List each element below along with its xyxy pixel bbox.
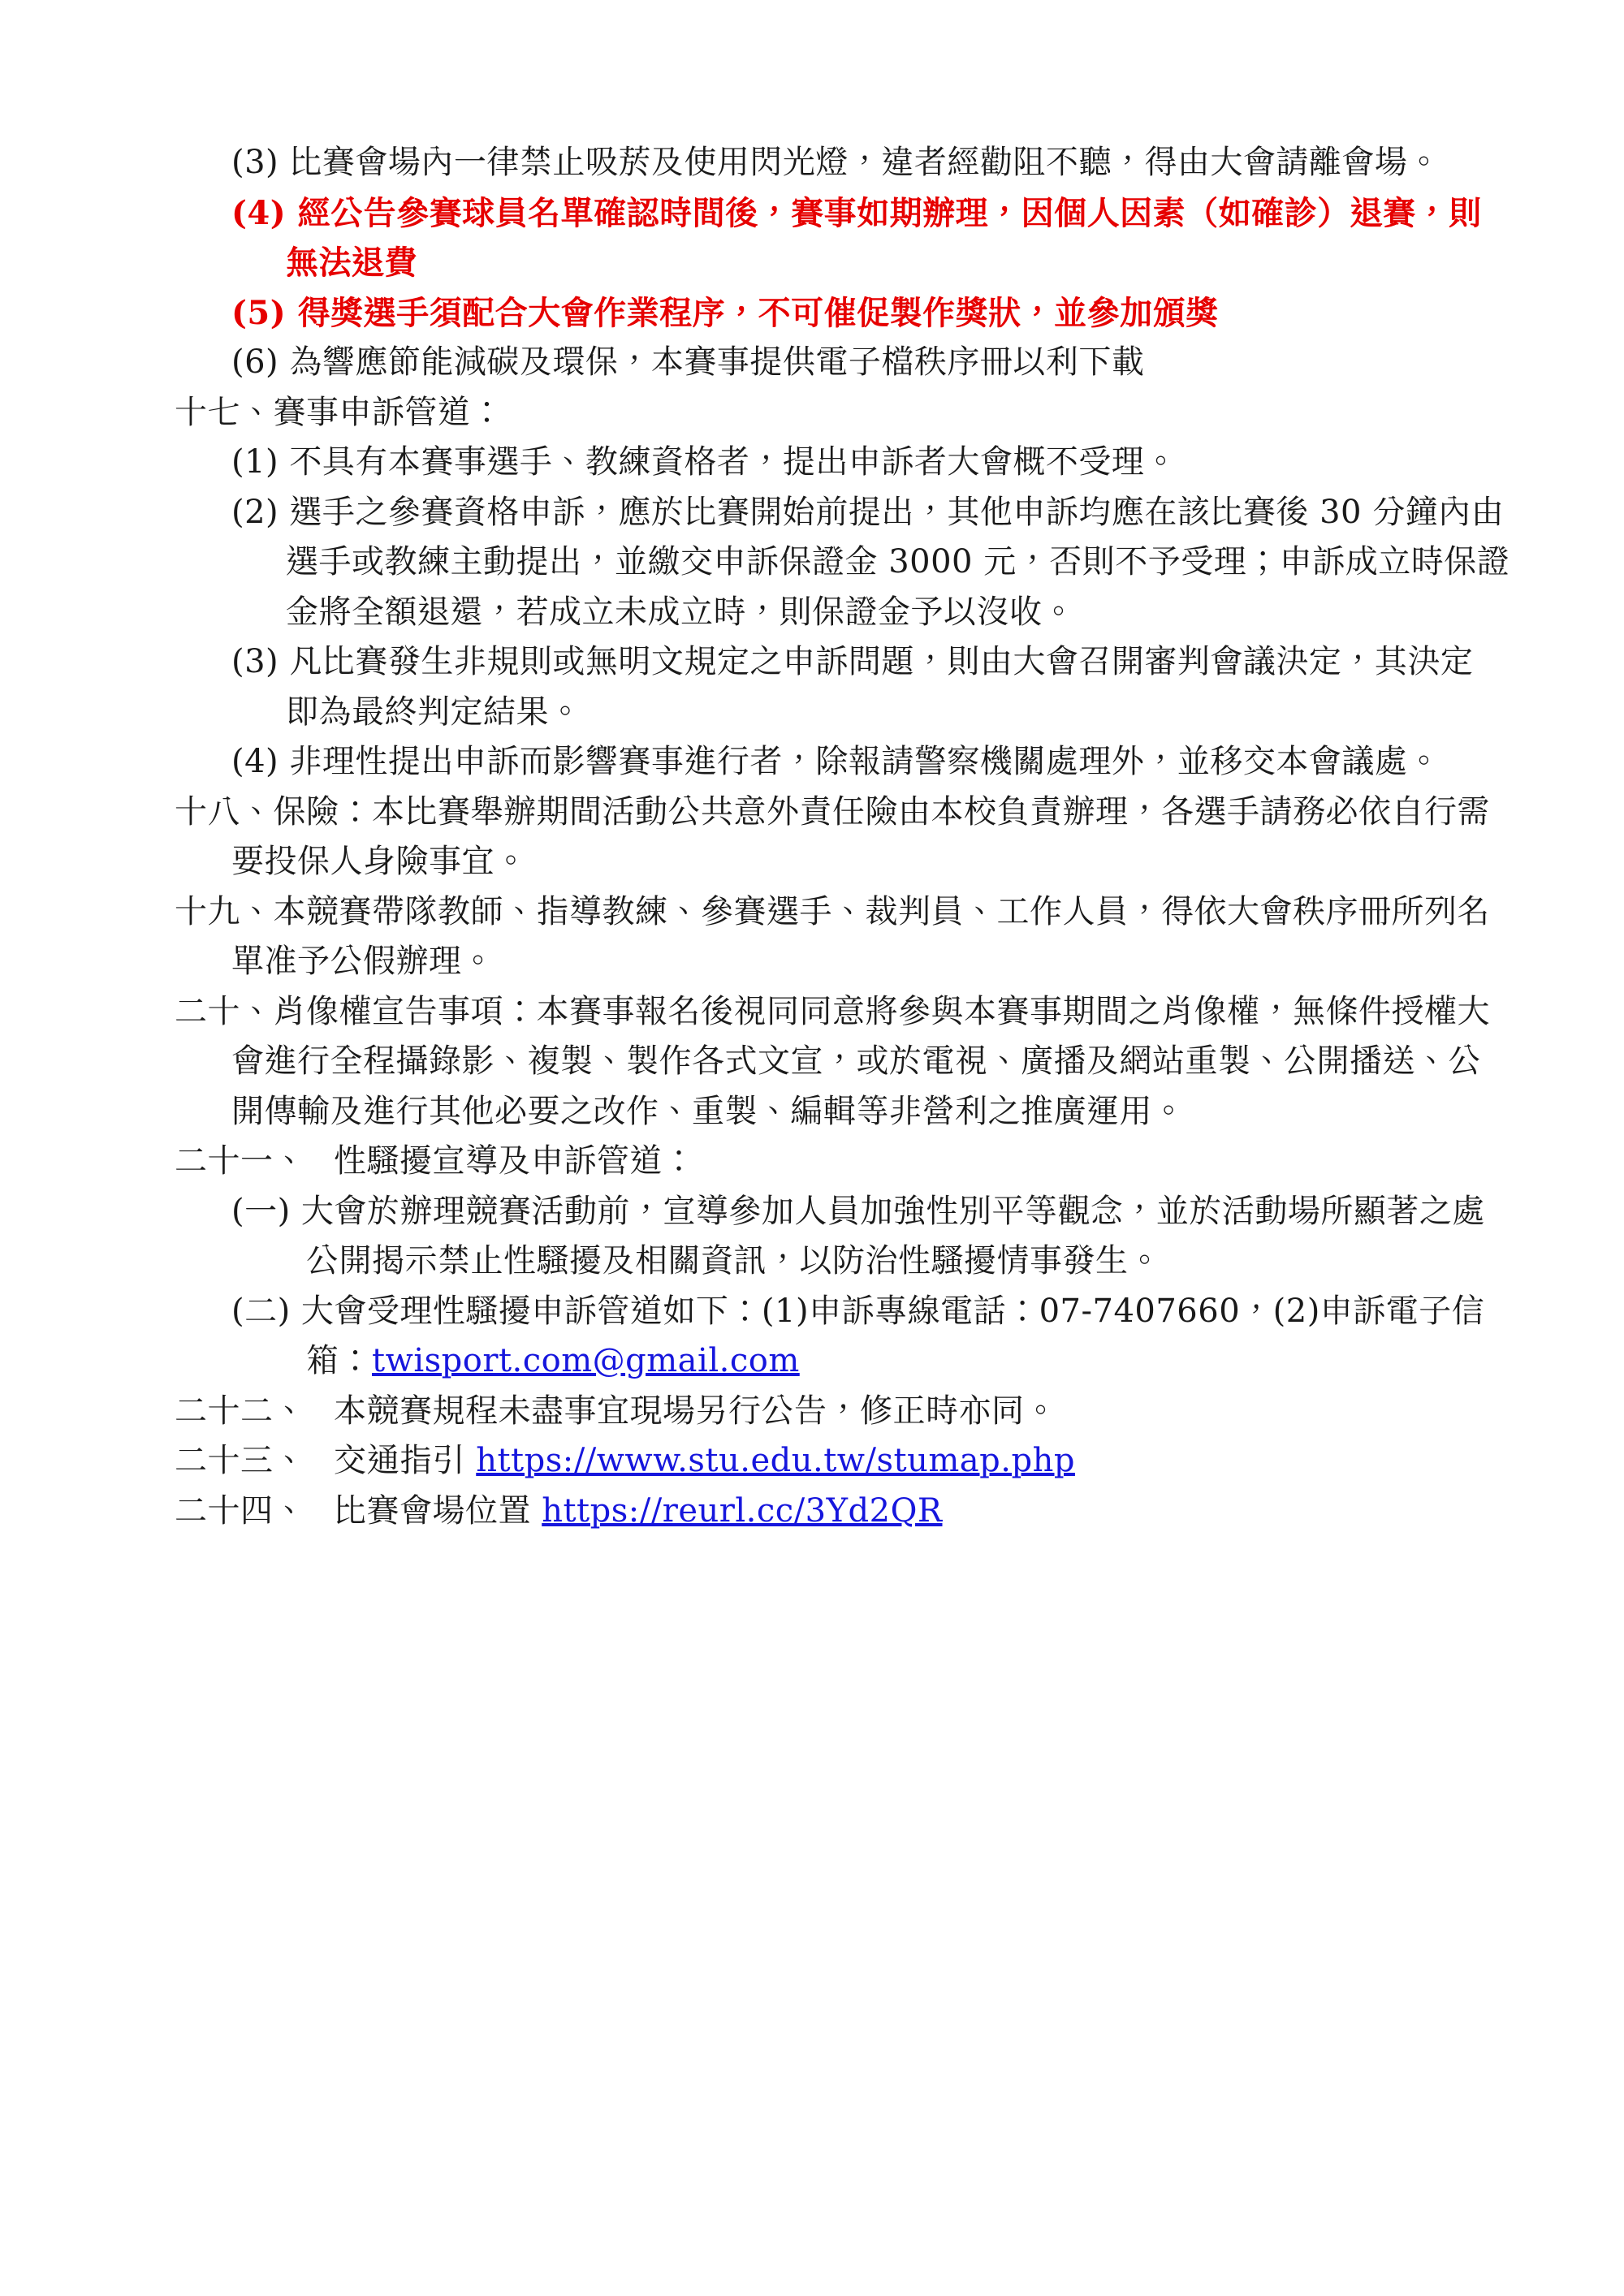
document-line: (3) 凡比賽發生非規則或無明文規定之申訴問題，則由大會召開審判會議決定，其決定 [0,637,1624,688]
document-line: 即為最終判定結果。 [0,688,1624,738]
document-line: (4) 非理性提出申訴而影響賽事進行者，除報請警察機關處理外，並移交本會議處。 [0,737,1624,788]
text-segment: 金將全額退還，若成立未成立時，則保證金予以沒收。 [286,593,1075,631]
document-line: 十七、賽事申訴管道： [0,388,1624,438]
document-line: 二十一、性騷擾宣導及申訴管道： [0,1137,1624,1187]
document-line: (6) 為響應節能減碳及環保，本賽事提供電子檔秩序冊以利下載 [0,338,1624,388]
text-segment: 公開揭示禁止性騷擾及相關資訊，以防治性騷擾情事發生。 [306,1242,1161,1280]
document-line: 會進行全程攝錄影、複製、製作各式文宣，或於電視、廣播及網站重製、公開播送、公 [0,1037,1624,1087]
document-line: 金將全額退還，若成立未成立時，則保證金予以沒收。 [0,588,1624,638]
document-line: 十九、本競賽帶隊教師、指導教練、參賽選手、裁判員、工作人員，得依大會秩序冊所列名 [0,887,1624,938]
text-segment: (一) 大會於辦理競賽活動前，宣導參加人員加強性別平等觀念，並於活動場所顯著之處 [231,1193,1485,1230]
text-segment: 十八、保險：本比賽舉辦期間活動公共意外責任險由本校負責辦理，各選手請務必依自行需 [175,793,1490,831]
text-segment: 選手或教練主動提出，並繳交申訴保證金 3000 元，否則不予受理；申訴成立時保證 [286,543,1510,580]
text-segment: (3) 比賽會場內一律禁止吸菸及使用閃光燈，違者經勸阻不聽，得由大會請離會場。 [231,144,1440,181]
text-segment: 二十二、 [175,1392,306,1430]
document-line: 箱：twisport.com@gmail.com [0,1336,1624,1387]
document-line: 無法退費 [0,238,1624,288]
text-segment: (6) 為響應節能減碳及環保，本賽事提供電子檔秩序冊以利下載 [231,343,1144,381]
label-gap [306,1470,334,1471]
document-line: (一) 大會於辦理競賽活動前，宣導參加人員加強性別平等觀念，並於活動場所顯著之處 [0,1187,1624,1237]
text-segment: (4) 經公告參賽球員名單確認時間後，賽事如期辦理，因個人因素（如確診）退賽，則 [231,194,1482,232]
text-segment: (1) 不具有本賽事選手、教練資格者，提出申訴者大會概不受理。 [231,443,1177,481]
text-segment: 即為最終判定結果。 [286,693,582,731]
text-segment: 無法退費 [286,244,417,282]
document-line: 二十三、交通指引 https://www.stu.edu.tw/stumap.p… [0,1436,1624,1487]
text-segment: 單准予公假辦理。 [231,943,495,980]
document-line: (3) 比賽會場內一律禁止吸菸及使用閃光燈，違者經勸阻不聽，得由大會請離會場。 [0,138,1624,188]
text-segment: 二十一、 [175,1142,306,1180]
email-link[interactable]: twisport.com@gmail.com [372,1342,800,1379]
text-segment: 二十四、 [175,1492,306,1530]
text-segment: 交通指引 [334,1442,476,1479]
text-segment: 箱： [306,1342,372,1379]
document-line: 公開揭示禁止性騷擾及相關資訊，以防治性騷擾情事發生。 [0,1236,1624,1287]
document-line: (1) 不具有本賽事選手、教練資格者，提出申訴者大會概不受理。 [0,438,1624,488]
traffic-guide-link[interactable]: https://www.stu.edu.tw/stumap.php [476,1442,1075,1479]
document-line: (二) 大會受理性騷擾申訴管道如下：(1)申訴專線電話：07-7407660，(… [0,1287,1624,1337]
label-gap [306,1421,334,1422]
text-segment: (二) 大會受理性騷擾申訴管道如下：(1)申訴專線電話：07-7407660，(… [231,1293,1484,1330]
document-line: 單准予公假辦理。 [0,937,1624,987]
text-segment: 二十三、 [175,1442,306,1479]
document-line: (2) 選手之參賽資格申訴，應於比賽開始前提出，其他申訴均應在該比賽後 30 分… [0,488,1624,538]
document-body: (3) 比賽會場內一律禁止吸菸及使用閃光燈，違者經勸阻不聽，得由大會請離會場。(… [0,138,1624,1536]
venue-location-link[interactable]: https://reurl.cc/3Yd2QR [542,1492,942,1530]
document-line: (5) 得獎選手須配合大會作業程序，不可催促製作獎狀，並參加頒獎 [0,288,1624,339]
document-line: 十八、保險：本比賽舉辦期間活動公共意外責任險由本校負責辦理，各選手請務必依自行需 [0,788,1624,838]
document-line: 二十二、本競賽規程未盡事宜現場另行公告，修正時亦同。 [0,1387,1624,1437]
label-gap [306,1521,334,1521]
text-segment: 性騷擾宣導及申訴管道： [334,1142,696,1180]
document-line: 二十四、比賽會場位置 https://reurl.cc/3Yd2QR [0,1487,1624,1537]
text-segment: 十九、本競賽帶隊教師、指導教練、參賽選手、裁判員、工作人員，得依大會秩序冊所列名 [175,893,1490,930]
text-segment: (4) 非理性提出申訴而影響賽事進行者，除報請警察機關處理外，並移交本會議處。 [231,743,1440,780]
text-segment: 本競賽規程未盡事宜現場另行公告，修正時亦同。 [334,1392,1057,1430]
text-segment: 比賽會場位置 [334,1492,542,1530]
text-segment: (3) 凡比賽發生非規則或無明文規定之申訴問題，則由大會召開審判會議決定，其決定 [231,643,1473,680]
text-segment: (5) 得獎選手須配合大會作業程序，不可催促製作獎狀，並參加頒獎 [231,294,1219,332]
text-segment: (2) 選手之參賽資格申訴，應於比賽開始前提出，其他申訴均應在該比賽後 30 分… [231,494,1504,531]
text-segment: 開傳輸及進行其他必要之改作、重製、編輯等非營利之推廣運用。 [231,1093,1186,1130]
document-line: 二十、肖像權宣告事項：本賽事報名後視同同意將參與本賽事期間之肖像權，無條件授權大 [0,987,1624,1038]
document-line: 選手或教練主動提出，並繳交申訴保證金 3000 元，否則不予受理；申訴成立時保證 [0,537,1624,588]
text-segment: 二十、肖像權宣告事項：本賽事報名後視同同意將參與本賽事期間之肖像權，無條件授權大 [175,993,1490,1030]
text-segment: 要投保人身險事宜。 [231,843,528,880]
document-line: 要投保人身險事宜。 [0,837,1624,887]
text-segment: 十七、賽事申訴管道： [175,394,503,431]
text-segment: 會進行全程攝錄影、複製、製作各式文宣，或於電視、廣播及網站重製、公開播送、公 [231,1042,1481,1080]
label-gap [306,1171,334,1172]
document-line: 開傳輸及進行其他必要之改作、重製、編輯等非營利之推廣運用。 [0,1087,1624,1137]
document-line: (4) 經公告參賽球員名單確認時間後，賽事如期辦理，因個人因素（如確診）退賽，則 [0,188,1624,239]
